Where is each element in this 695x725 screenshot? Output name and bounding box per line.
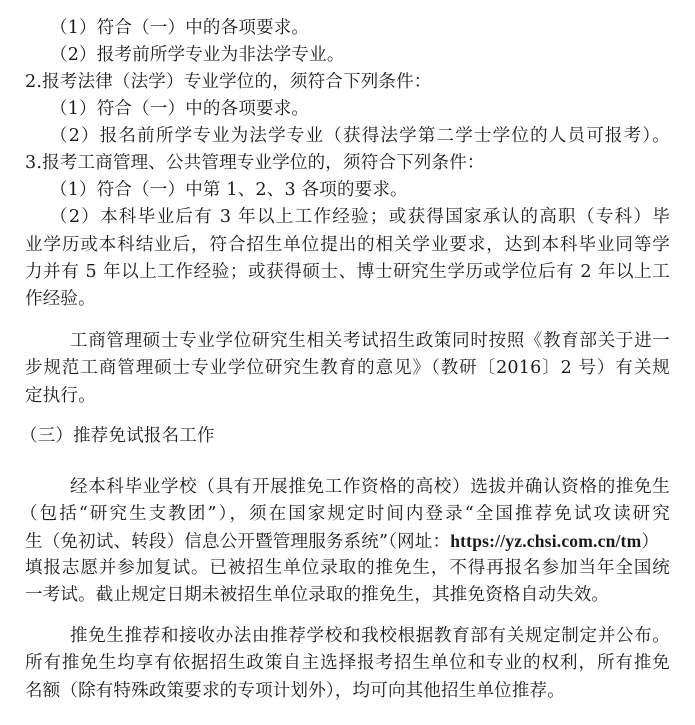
numbered-heading-law: 2.报考法律（法学）专业学位的，须符合下列条件： — [25, 70, 670, 94]
requirement-line: （1）符合（一）中的各项要求。 — [50, 97, 670, 121]
paragraph-line: 力并有 5 年以上工作经验；或获得硕士、博士研究生学历或学位后有 2 年以上工 — [25, 260, 670, 284]
section-heading: （三）推荐免试报名工作 — [20, 424, 665, 448]
recommend-paragraph-line: 填报志愿并参加复试。已被招生单位录取的推免生，不得再报名参加当年全国统 — [25, 556, 670, 580]
policy-paragraph-line: 推免生推荐和接收办法由推荐学校和我校根据教育部有关规定制定并公布。 — [70, 624, 670, 648]
system-url-link[interactable]: https://yz.chsi.com.cn/tm — [450, 531, 641, 551]
policy-paragraph-line: 所有推免生均享有依据招生政策自主选择报考招生单位和专业的权利，所有推免 — [25, 651, 670, 675]
paragraph-line: 业学历或本科结业后，符合招生单位提出的相关学业要求，达到本科毕业同等学 — [25, 233, 670, 257]
numbered-heading-management: 3.报考工商管理、公共管理专业学位的，须符合下列条件： — [25, 151, 670, 175]
requirement-line: （1）符合（一）中的各项要求。 — [50, 16, 670, 40]
requirement-line: （1）符合（一）中第 1、2、3 各项的要求。 — [50, 178, 670, 202]
recommend-paragraph-line: 一考试。截止规定日期未被招生单位录取的推免生，其推免资格自动失效。 — [25, 583, 670, 607]
paragraph-line: 作经验。 — [25, 287, 670, 311]
recommend-paragraph-line: 生（免初试、转段）信息公开暨管理服务系统”（网址：https://yz.chsi… — [25, 529, 670, 554]
policy-paragraph-line: 名额（除有特殊政策要求的专项计划外），均可向其他招生单位推荐。 — [25, 679, 670, 703]
recommend-paragraph-line: （包括“研究生支教团”），须在国家规定时间内登录“全国推荐免试攻读研究 — [20, 502, 670, 526]
close-paren-text: ） — [641, 532, 659, 552]
mba-policy-line: 步规范工商管理硕士专业学位研究生教育的意见》（教研〔2016〕2 号）有关规 — [25, 356, 670, 380]
recommend-paragraph-line: 经本科毕业学校（具有开展推免工作资格的高校）选拔并确认资格的推免生 — [70, 475, 670, 499]
requirement-line: （2）本科毕业后有 3 年以上工作经验；或获得国家承认的高职（专科）毕 — [50, 205, 670, 229]
requirement-line: （2）报考前所学专业为非法学专业。 — [50, 43, 670, 67]
mba-policy-line: 定执行。 — [25, 384, 670, 408]
requirement-line: （2）报名前所学专业为法学专业（获得法学第二学士学位的人员可报考）。 — [50, 124, 670, 148]
system-name-text: 生（免初试、转段）信息公开暨管理服务系统”（网址： — [25, 532, 450, 552]
mba-policy-line: 工商管理硕士专业学位研究生相关考试招生政策同时按照《教育部关于进一 — [70, 329, 670, 353]
